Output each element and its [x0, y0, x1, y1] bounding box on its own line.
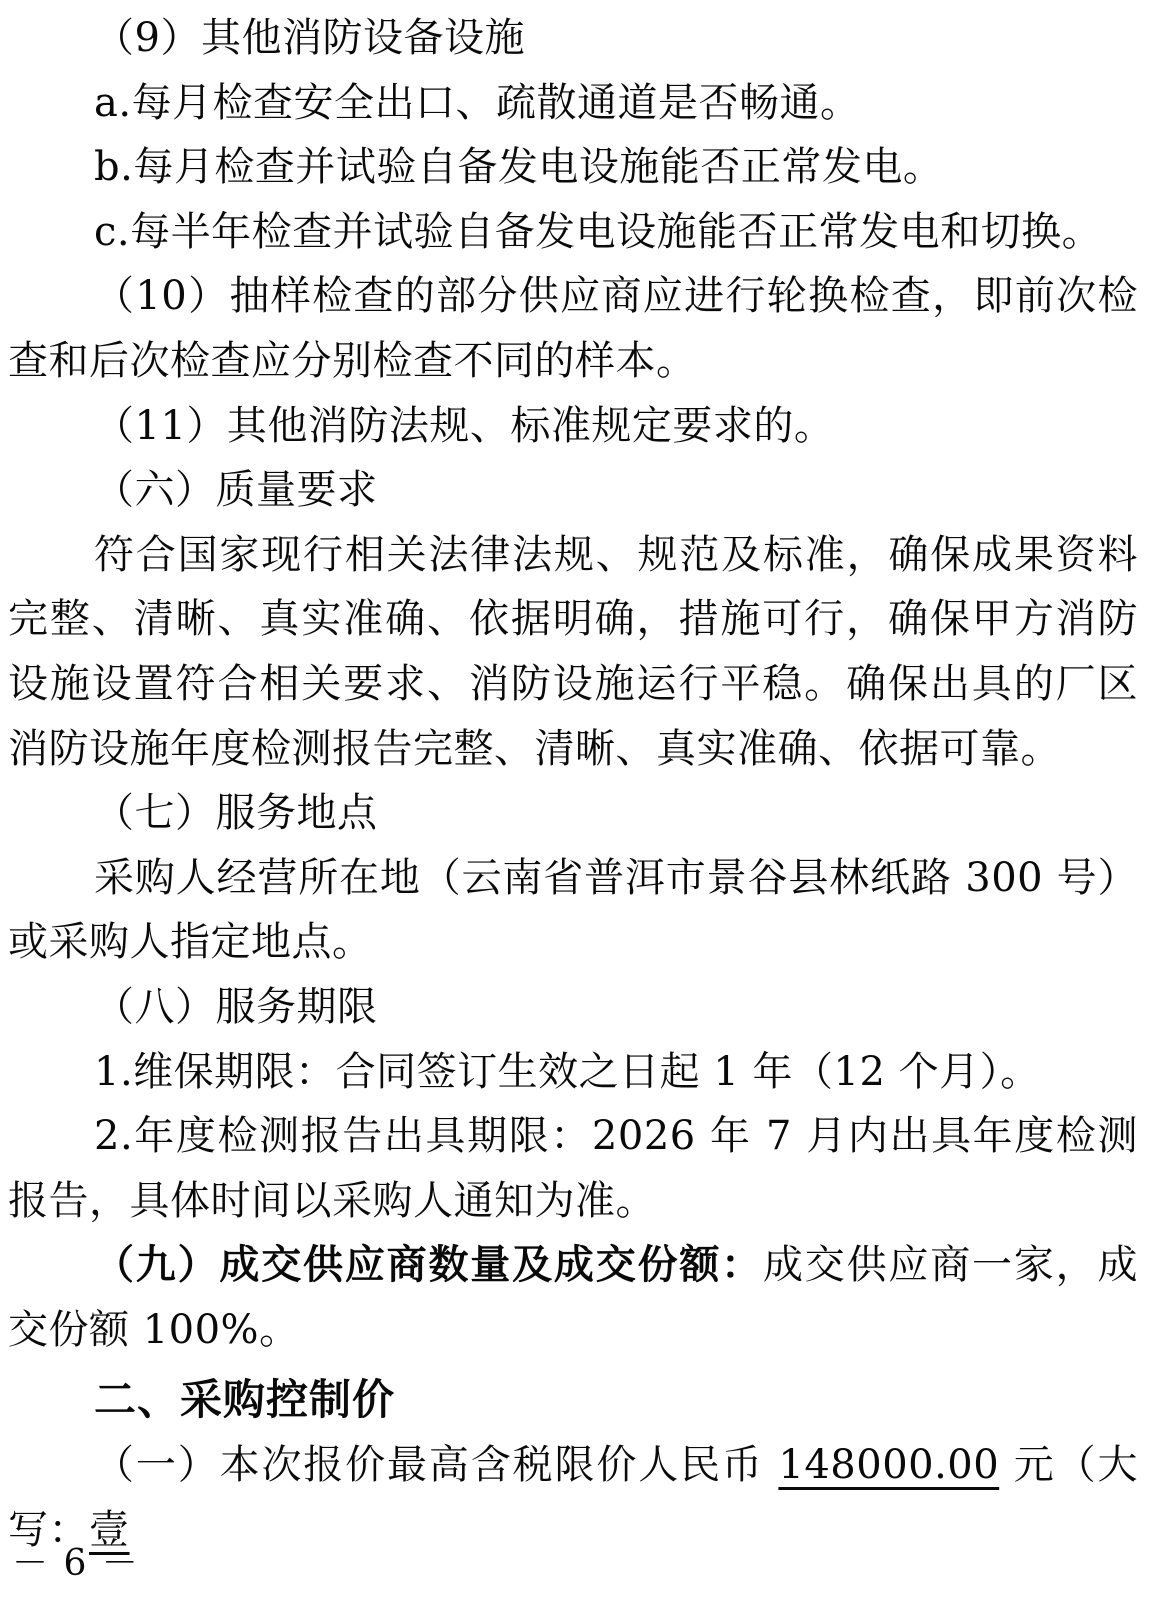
document-body: （9）其他消防设备设施 a.每月检查安全出口、疏散通道是否畅通。 b.每月检查并…: [8, 6, 1138, 1562]
page-number: － 6 －: [12, 1535, 140, 1586]
paragraph-award: （九）成交供应商数量及成交份额：成交供应商一家，成交份额 100%。: [8, 1233, 1138, 1362]
award-heading-bold: （九）成交供应商数量及成交份额：: [94, 1241, 763, 1288]
paragraph-item-9a: a.每月检查安全出口、疏散通道是否畅通。: [8, 71, 1138, 136]
paragraph-item-11: （11）其他消防法规、标准规定要求的。: [8, 394, 1138, 459]
paragraph-price: （一）本次报价最高含税限价人民币 148000.00 元（大写：壹: [8, 1433, 1138, 1562]
price-text-pre: （一）本次报价最高含税限价人民币: [94, 1442, 778, 1488]
chapter-heading-control-price: 二、采购控制价: [8, 1368, 1138, 1433]
paragraph-quality-body: 符合国家现行相关法律法规、规范及标准，确保成果资料完整、清晰、真实准确、依据明确…: [8, 523, 1138, 781]
paragraph-item-9: （9）其他消防设备设施: [8, 6, 1138, 71]
paragraph-item-9b: b.每月检查并试验自备发电设施能否正常发电。: [8, 135, 1138, 200]
section-heading-quality: （六）质量要求: [8, 458, 1138, 523]
price-amount-underlined: 148000.00: [778, 1442, 999, 1488]
paragraph-location-body: 采购人经营所在地（云南省普洱市景谷县林纸路 300 号）或采购人指定地点。: [8, 846, 1138, 975]
section-heading-term: （八）服务期限: [8, 975, 1138, 1040]
paragraph-item-10: （10）抽样检查的部分供应商应进行轮换检查，即前次检查和后次检查应分别检查不同的…: [8, 264, 1138, 393]
section-heading-location: （七）服务地点: [8, 781, 1138, 846]
paragraph-item-9c: c.每半年检查并试验自备发电设施能否正常发电和切换。: [8, 200, 1138, 265]
document-page: （9）其他消防设备设施 a.每月检查安全出口、疏散通道是否畅通。 b.每月检查并…: [0, 0, 1166, 1600]
paragraph-term-2: 2.年度检测报告出具期限：2026 年 7 月内出具年度检测报告，具体时间以采购…: [8, 1104, 1138, 1233]
paragraph-term-1: 1.维保期限：合同签订生效之日起 1 年（12 个月）。: [8, 1040, 1138, 1105]
